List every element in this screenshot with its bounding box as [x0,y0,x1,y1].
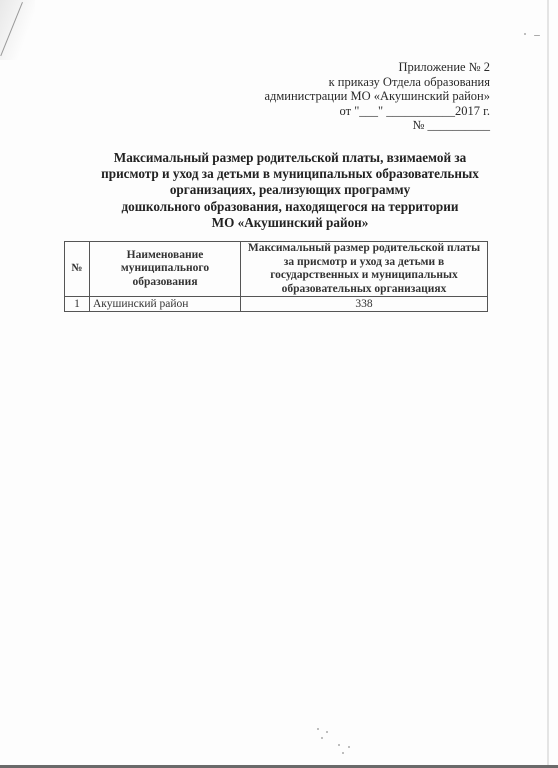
scan-speck [326,731,328,733]
title-line: МО «Акушинский район» [90,215,490,231]
page-edge-right [547,0,549,766]
header-municipality-line: муниципального [93,262,237,276]
scan-speck [321,737,323,739]
table-row: 1 Акушинский район 338 [65,297,488,312]
header-municipality-line: Наименование [93,249,237,263]
scan-corner-shadow [0,0,35,60]
scan-speck [338,744,340,746]
order-reference: к приказу Отдела образования [230,75,490,90]
scan-speck [534,35,540,36]
scan-speck [524,33,526,35]
header-municipality: Наименование муниципального образования [90,242,241,297]
scan-speck [317,728,319,730]
header-max-fee: Максимальный размер родительской платы з… [241,242,488,297]
row-number: 1 [65,297,90,312]
row-municipality: Акушинский район [90,297,241,312]
administration-name: администрации МО «Акушинский район» [230,89,490,104]
title-line: дошкольного образования, находящегося на… [90,199,490,215]
appendix-number: Приложение № 2 [230,60,490,75]
table-header-row: № Наименование муниципального образовани… [65,242,488,297]
header-number: № [65,242,90,297]
row-max-fee: 338 [241,297,488,312]
scan-speck [348,746,350,748]
scan-speck [342,752,344,754]
title-line: организациях, реализующих программу [90,182,490,198]
header-municipality-line: образования [93,276,237,290]
appendix-header: Приложение № 2 к приказу Отдела образова… [230,60,490,133]
order-number: № __________ [230,118,490,133]
fee-table: № Наименование муниципального образовани… [64,241,488,312]
document-title: Максимальный размер родительской платы, … [90,150,490,231]
order-date: от "___" ___________2017 г. [230,104,490,119]
title-line: Максимальный размер родительской платы, … [90,150,490,166]
title-line: присмотр и уход за детьми в муниципальны… [90,166,490,182]
